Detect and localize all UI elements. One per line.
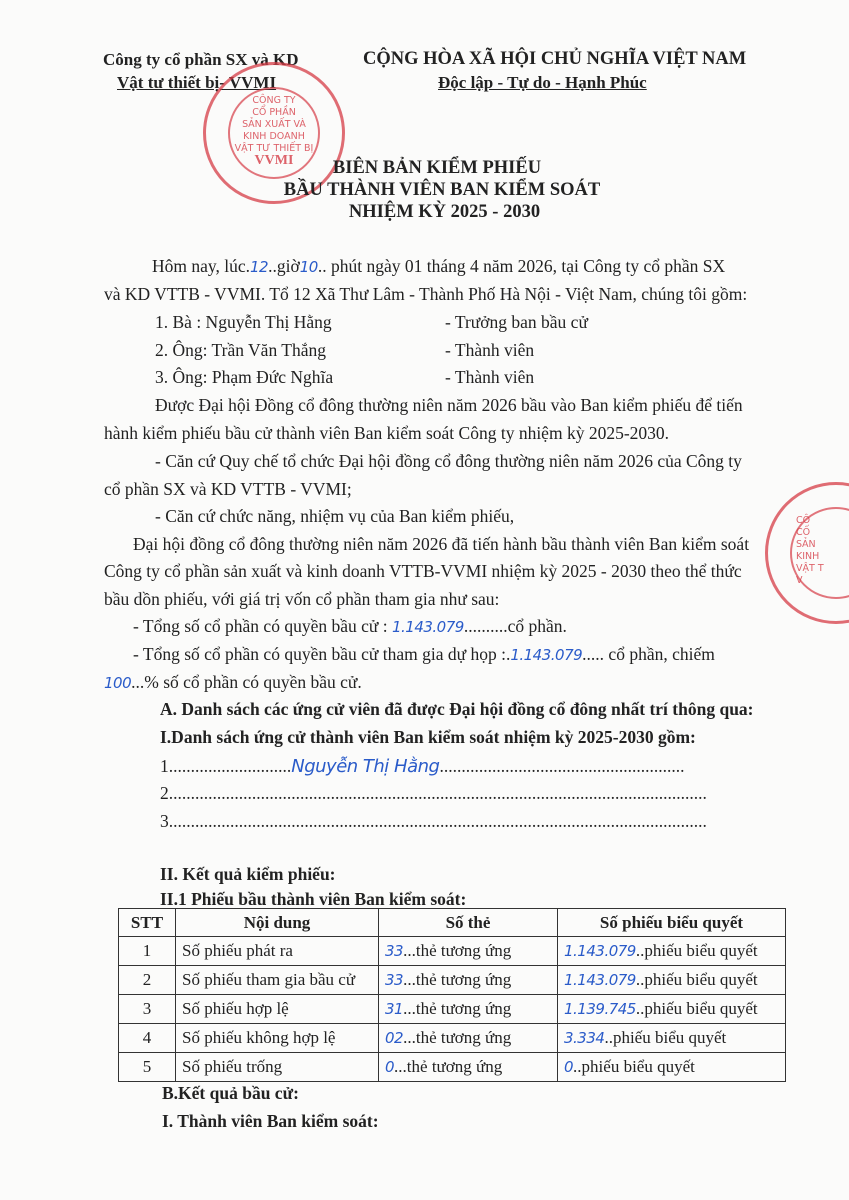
cell-votes: 3.334..phiếu biểu quyết <box>558 1024 786 1053</box>
text: ...thẻ tương ứng <box>403 970 511 989</box>
handwritten-percent: 100 <box>104 674 131 692</box>
text: ...thẻ tương ứng <box>403 941 511 960</box>
dots: ........................................… <box>169 783 707 803</box>
document-title-line3: NHIỆM KỲ 2025 - 2030 <box>0 202 849 223</box>
stamp-line: KINH DOANH <box>206 131 342 143</box>
dots: ............................ <box>169 756 292 776</box>
dots: ........................................… <box>169 811 707 831</box>
table-row: 1Số phiếu phát ra33...thẻ tương ứng1.143… <box>119 937 786 966</box>
candidate-line: 1............................Nguyễn Thị … <box>160 756 684 777</box>
section-a-heading: A. Danh sách các ứng cử viên đã được Đại… <box>160 699 754 720</box>
member-role: - Thành viên <box>445 367 534 388</box>
member-name: 3. Ông: Phạm Đức Nghĩa <box>155 367 333 388</box>
handwritten-attending-shares: 1.143.079 <box>510 646 582 664</box>
handwritten-cards: 02 <box>385 1029 403 1047</box>
results-heading: II. Kết quả kiểm phiếu: <box>160 864 336 885</box>
table-row: 3Số phiếu hợp lệ31...thẻ tương ứng1.139.… <box>119 995 786 1024</box>
text: ...% số cổ phần có quyền bầu cử. <box>131 672 362 692</box>
cell-votes: 1.139.745..phiếu biểu quyết <box>558 995 786 1024</box>
handwritten-cards: 33 <box>385 971 403 989</box>
text: ..phiếu biểu quyết <box>636 941 758 960</box>
stamp-line: V <box>796 575 824 587</box>
text: ..... cổ phần, chiếm <box>582 644 715 664</box>
text: ..giờ <box>268 256 300 276</box>
candidate-number: 3 <box>160 811 169 831</box>
national-motto: Độc lập - Tự do - Hạnh Phúc <box>438 73 647 93</box>
text: ...thẻ tương ứng <box>403 1028 511 1047</box>
table-row: 4Số phiếu không hợp lệ02...thẻ tương ứng… <box>119 1024 786 1053</box>
member-role: - Thành viên <box>445 340 534 361</box>
total-voting-shares-line: - Tổng số cổ phần có quyền bầu cử : 1.14… <box>133 616 567 637</box>
cell-content: Số phiếu không hợp lệ <box>176 1024 379 1053</box>
company-stamp-partial: CÔ CỐ SẢN KINH VẬT T V <box>765 482 849 624</box>
cell-content: Số phiếu hợp lệ <box>176 995 379 1024</box>
handwritten-votes: 1.143.079 <box>564 971 636 989</box>
member-name: 1. Bà : Nguyễn Thị Hằng <box>155 312 332 333</box>
attending-shares-line: - Tổng số cổ phần có quyền bầu cử tham g… <box>133 644 715 665</box>
member-name: 2. Ông: Trần Văn Thắng <box>155 340 326 361</box>
handwritten-votes: 3.334 <box>564 1029 604 1047</box>
meeting-location-line: và KD VTTB - VVMI. Tổ 12 Xã Thư Lâm - Th… <box>104 284 747 305</box>
handwritten-hour: 12 <box>250 258 268 276</box>
text: ..phiếu biểu quyết <box>573 1057 695 1076</box>
dots: ........................................… <box>439 756 684 776</box>
handwritten-votes: 1.143.079 <box>564 942 636 960</box>
handwritten-cards: 0 <box>385 1058 394 1076</box>
cell-stt: 3 <box>119 995 176 1024</box>
header-votes: Số phiếu biểu quyết <box>558 909 786 937</box>
stamp-line: SẢN XUẤT VÀ <box>206 119 342 131</box>
cell-cards: 02...thẻ tương ứng <box>379 1024 558 1053</box>
paragraph-line: hành kiểm phiếu bầu cử thành viên Ban ki… <box>104 423 669 444</box>
stamp-line: CỐ <box>796 527 824 539</box>
text: Hôm nay, lúc. <box>152 256 250 276</box>
cell-votes: 1.143.079..phiếu biểu quyết <box>558 966 786 995</box>
section-b-heading: B.Kết quả bầu cử: <box>162 1083 299 1104</box>
cell-votes: 0..phiếu biểu quyết <box>558 1053 786 1082</box>
text: - Tổng số cổ phần có quyền bầu cử : <box>133 616 392 636</box>
member-role: - Trưởng ban bầu cử <box>445 312 588 333</box>
cell-cards: 33...thẻ tương ứng <box>379 937 558 966</box>
cell-stt: 5 <box>119 1053 176 1082</box>
paragraph-line: Đại hội đồng cổ đông thường niên năm 202… <box>133 534 749 555</box>
meeting-time-line: Hôm nay, lúc.12..giờ10.. phút ngày 01 th… <box>152 256 725 277</box>
candidate-line: 3.......................................… <box>160 811 707 832</box>
cell-votes: 1.143.079..phiếu biểu quyết <box>558 937 786 966</box>
paragraph-line: - Căn cứ Quy chế tổ chức Đại hội đồng cổ… <box>155 451 742 472</box>
table-row: 5Số phiếu trống0...thẻ tương ứng0..phiếu… <box>119 1053 786 1082</box>
document-title-line2: BẦU THÀNH VIÊN BAN KIỂM SOÁT <box>0 180 849 201</box>
ballot-results-table: STT Nội dung Số thẻ Số phiếu biểu quyết … <box>118 908 786 1082</box>
text: ..........cổ phần. <box>464 616 567 636</box>
text: ...thẻ tương ứng <box>403 999 511 1018</box>
handwritten-votes: 1.139.745 <box>564 1000 636 1018</box>
stamp-line: SẢN <box>796 539 824 551</box>
table-header-row: STT Nội dung Số thẻ Số phiếu biểu quyết <box>119 909 786 937</box>
paragraph-line: Được Đại hội Đồng cổ đông thường niên nă… <box>155 395 743 416</box>
results-subheading: II.1 Phiếu bầu thành viên Ban kiểm soát: <box>160 889 466 910</box>
section-a-subheading: I.Danh sách ứng cử thành viên Ban kiểm s… <box>160 727 696 748</box>
candidate-line: 2.......................................… <box>160 783 707 804</box>
document-title-line1: BIÊN BẢN KIỂM PHIẾU <box>0 158 849 179</box>
handwritten-candidate-name: Nguyễn Thị Hằng <box>291 756 439 777</box>
handwritten-minute: 10 <box>300 258 318 276</box>
table-row: 2Số phiếu tham gia bầu cử33...thẻ tương … <box>119 966 786 995</box>
header-cards: Số thẻ <box>379 909 558 937</box>
paragraph-line: bầu dồn phiếu, với giá trị vốn cổ phần t… <box>104 589 499 610</box>
paragraph-line: cổ phần SX và KD VTTB - VVMI; <box>104 479 352 500</box>
stamp-text: CÔNG TY CỔ PHẦN SẢN XUẤT VÀ KINH DOANH V… <box>206 95 342 167</box>
text: ...thẻ tương ứng <box>394 1057 502 1076</box>
cell-stt: 4 <box>119 1024 176 1053</box>
stamp-text: CÔ CỐ SẢN KINH VẬT T V <box>796 515 824 587</box>
candidate-number: 1 <box>160 756 169 776</box>
paragraph-line: Công ty cổ phần sản xuất và kinh doanh V… <box>104 561 742 582</box>
cell-stt: 1 <box>119 937 176 966</box>
candidate-number: 2 <box>160 783 169 803</box>
attending-percent-line: 100...% số cổ phần có quyền bầu cử. <box>104 672 362 693</box>
stamp-line: KINH <box>796 551 824 563</box>
cell-content: Số phiếu tham gia bầu cử <box>176 966 379 995</box>
handwritten-cards: 33 <box>385 942 403 960</box>
cell-cards: 0...thẻ tương ứng <box>379 1053 558 1082</box>
stamp-line: CỔ PHẦN <box>206 107 342 119</box>
text: ..phiếu biểu quyết <box>604 1028 726 1047</box>
stamp-line: VẬT T <box>796 563 824 575</box>
section-b-subheading: I. Thành viên Ban kiểm soát: <box>162 1111 379 1132</box>
text: ..phiếu biểu quyết <box>636 999 758 1018</box>
stamp-line: CÔ <box>796 515 824 527</box>
header-content: Nội dung <box>176 909 379 937</box>
handwritten-cards: 31 <box>385 1000 403 1018</box>
handwritten-votes: 0 <box>564 1058 573 1076</box>
national-title: CỘNG HÒA XÃ HỘI CHỦ NGHĨA VIỆT NAM <box>363 49 746 70</box>
text: ..phiếu biểu quyết <box>636 970 758 989</box>
cell-cards: 33...thẻ tương ứng <box>379 966 558 995</box>
handwritten-total-shares: 1.143.079 <box>392 618 464 636</box>
cell-stt: 2 <box>119 966 176 995</box>
paragraph-line: - Căn cứ chức năng, nhiệm vụ của Ban kiể… <box>155 506 514 527</box>
cell-content: Số phiếu trống <box>176 1053 379 1082</box>
text: - Tổng số cổ phần có quyền bầu cử tham g… <box>133 644 510 664</box>
cell-content: Số phiếu phát ra <box>176 937 379 966</box>
cell-cards: 31...thẻ tương ứng <box>379 995 558 1024</box>
text: .. phút ngày 01 tháng 4 năm 2026, tại Cô… <box>318 256 725 276</box>
header-stt: STT <box>119 909 176 937</box>
stamp-line: CÔNG TY <box>206 95 342 107</box>
